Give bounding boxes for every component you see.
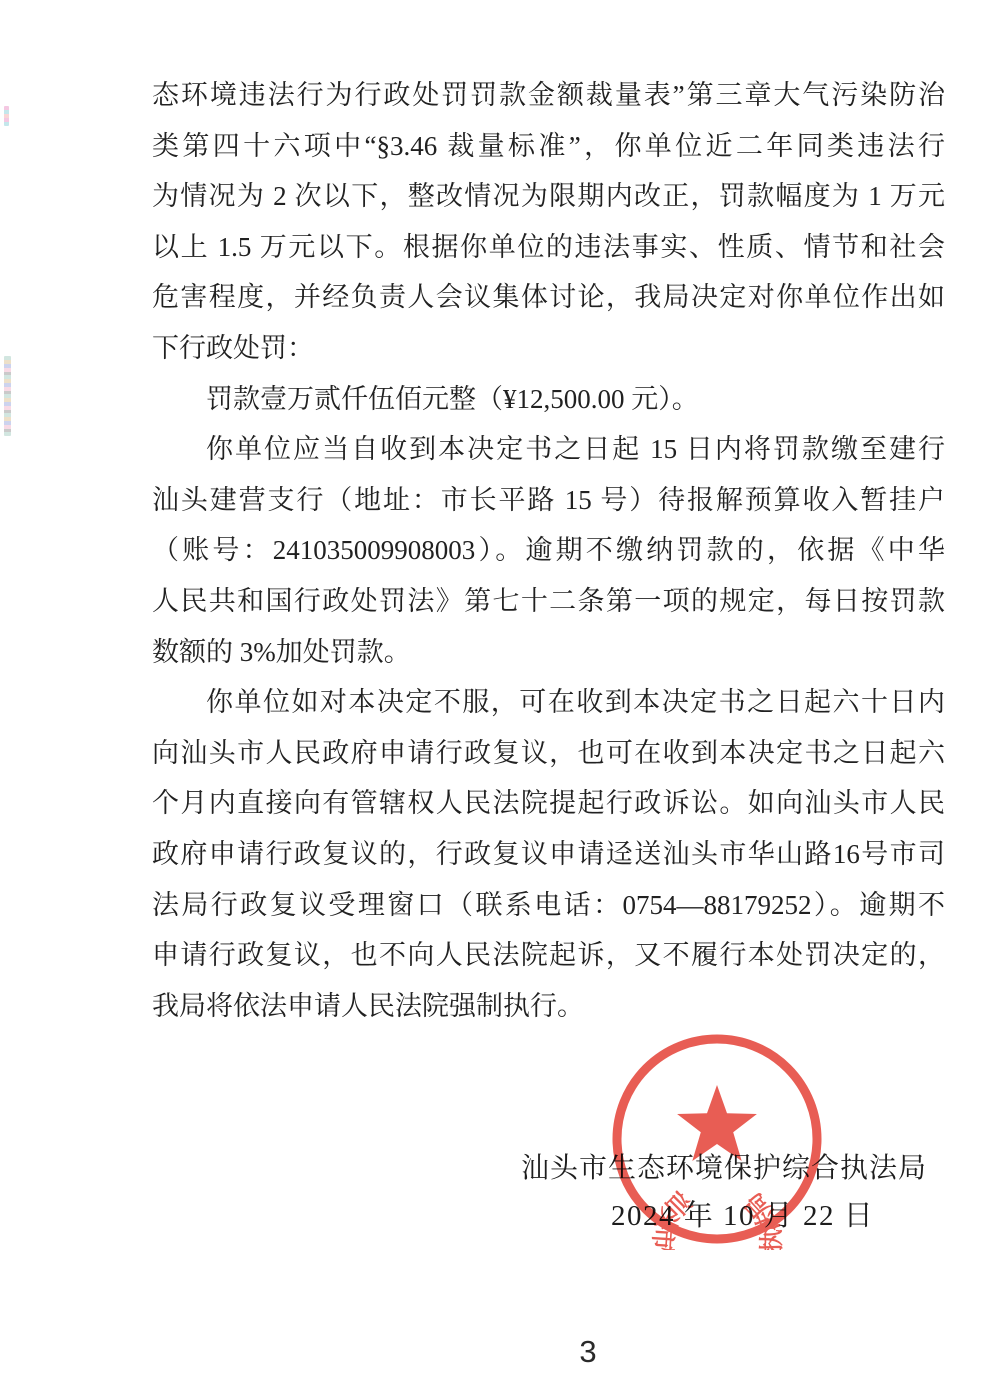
- body-line: 我局将依法申请人民法院强制执行。: [152, 981, 945, 1032]
- body-line: 向汕头市人民政府申请行政复议，也可在收到本决定书之日起六: [152, 728, 945, 779]
- body-line: 为情况为 2 次以下，整改情况为限期内改正，罚款幅度为 1 万元: [152, 171, 945, 222]
- body-line: 你单位如对本决定不服，可在收到本决定书之日起六十日内: [152, 677, 945, 728]
- body-line: 汕头建营支行（地址：市长平路 15 号）待报解预算收入暂挂户: [152, 475, 945, 526]
- body-line: 个月内直接向有管辖权人民法院提起行政诉讼。如向汕头市人民: [152, 778, 945, 829]
- body-text: 态环境违法行为行政处罚罚款金额裁量表”第三章大气污染防治 类第四十六项中“§3.…: [152, 70, 945, 1031]
- scan-artifact: [4, 106, 9, 126]
- page-number: 3: [558, 1334, 618, 1370]
- issue-date: 2024 年 10 月 22 日: [611, 1193, 874, 1234]
- body-line: 申请行政复议，也不向人民法院起诉，又不履行本处罚决定的，: [152, 930, 945, 981]
- contact-phone-line: 法局行政复议受理窗口（联系电话：0754—88179252）。逾期不: [152, 880, 945, 931]
- document-page: 态环境违法行为行政处罚罚款金额裁量表”第三章大气污染防治 类第四十六项中“§3.…: [0, 0, 1000, 1384]
- body-line: 类第四十六项中“§3.46 裁量标准”，你单位近二年同类违法行: [152, 121, 945, 172]
- body-line: 以上 1.5 万元以下。根据你单位的违法事实、性质、情节和社会: [152, 222, 945, 273]
- penalty-amount-line: 罚款壹万贰仟伍佰元整（¥12,500.00 元）。: [152, 374, 945, 425]
- body-line: 数额的 3%加处罚款。: [152, 627, 945, 678]
- body-line: 政府申请行政复议的，行政复议申请迳送汕头市华山路16号市司: [152, 829, 945, 880]
- body-line: 人民共和国行政处罚法》第七十二条第一项的规定，每日按罚款: [152, 576, 945, 627]
- issuing-authority-signature: 汕头市生态环境保护综合执法局: [521, 1146, 927, 1186]
- scan-artifact: [4, 356, 11, 436]
- body-line: 态环境违法行为行政处罚罚款金额裁量表”第三章大气污染防治: [152, 70, 945, 121]
- body-line: 你单位应当自收到本决定书之日起 15 日内将罚款缴至建行: [152, 424, 945, 475]
- body-line: 下行政处罚：: [152, 323, 945, 374]
- bank-account-line: （账号：241035009908003）。逾期不缴纳罚款的，依据《中华: [152, 525, 945, 576]
- body-line: 危害程度，并经负责人会议集体讨论，我局决定对你单位作出如: [152, 272, 945, 323]
